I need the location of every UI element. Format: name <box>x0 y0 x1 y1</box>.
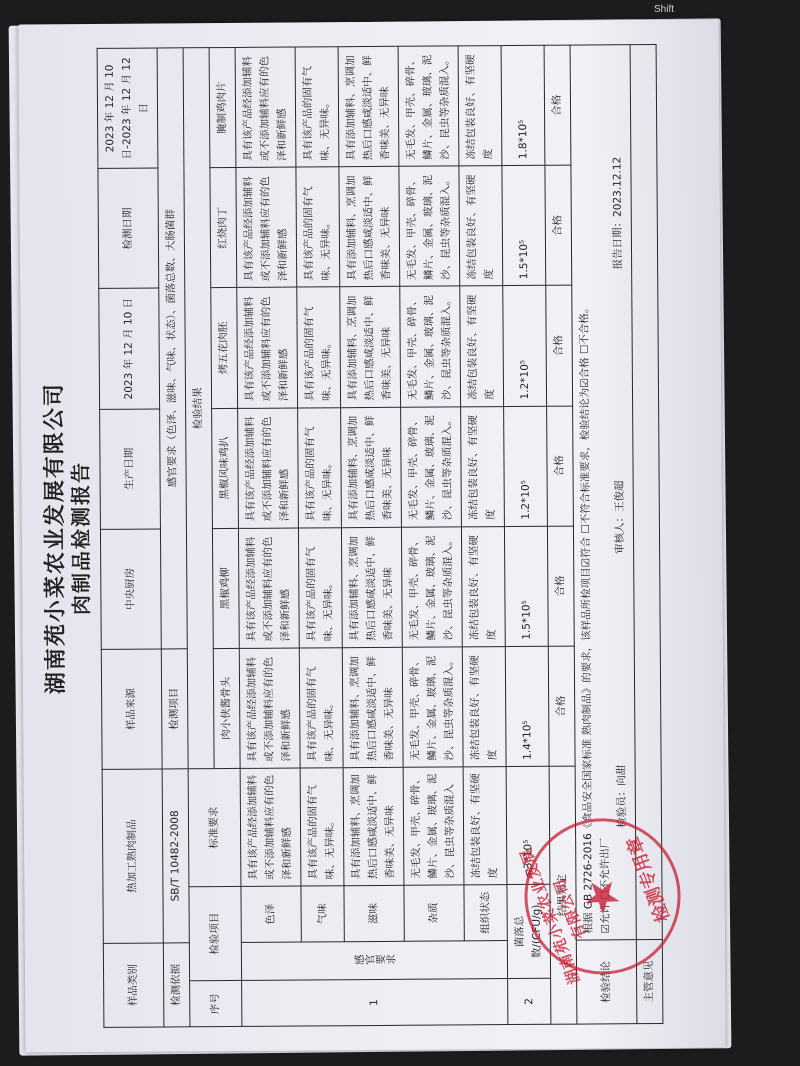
table-row: 杂质无毛发、甲壳、碎骨、鳞片、金属、玻璃、泥沙、昆虫等杂质混入无毛发、甲壳、碎骨… <box>398 46 465 1025</box>
judgement-cell: 合格 <box>547 526 574 646</box>
result-cell: 冻结包装良好、有坚硬度 <box>458 46 502 167</box>
result-cell: 具有添加辅料、烹调加热后口感咸淡适中、鲜香味美、无异味 <box>339 167 400 288</box>
result-cell: 1.4*10⁵ <box>505 646 549 766</box>
standard-requirement: 冻结包装良好、有坚硬度 <box>463 767 507 885</box>
result-cell: 1.5*10⁵ <box>502 166 546 286</box>
result-cell: 具有该产品的固有气味、无异味。 <box>297 287 341 407</box>
product-header: 黑椒风味鸡扒 <box>212 408 239 528</box>
result-cell: 冻结包装良好、有坚硬度 <box>461 526 505 646</box>
result-cell: 无毛发、甲壳、碎骨、鳞片、金属、玻璃、泥沙、昆虫等杂质混入。 <box>402 647 463 768</box>
result-cell: 1.2*10⁵ <box>504 406 548 526</box>
result-cell: 无毛发、甲壳、碎骨、鳞片、金属、玻璃、泥沙、昆虫等杂质混入。 <box>398 46 459 167</box>
result-cell: 具有添加辅料、烹调加热后口感咸淡适中、鲜香味美、无异味 <box>340 287 401 408</box>
judgement-cell: 合格 <box>546 285 573 405</box>
judgement-cell: 合格 <box>547 406 574 526</box>
keyboard-shift-label: Shift <box>654 4 674 15</box>
judgement-cell: 合格 <box>544 45 571 165</box>
result-cell: 具有该产品的固有气味、无异味。 <box>296 167 340 287</box>
test-date: 2023 年 12 月 10 日-2023 年 12 月 12 日 <box>97 48 158 169</box>
result-cell: 无毛发、甲壳、碎骨、鳞片、金属、玻璃、泥沙、昆虫等杂质混入。 <box>399 166 460 287</box>
product-header: 烤五花肉胚 <box>211 288 238 408</box>
report-title: 肉制品检测报告 <box>65 48 98 1028</box>
result-cell: 无毛发、甲壳、碎骨、鳞片、金属、玻璃、泥沙、昆虫等杂质混入。 <box>401 406 462 527</box>
result-cell: 具有添加辅料、烹调加热后口感咸淡适中、鲜香味美、无异味 <box>341 527 402 648</box>
result-cell: 具有该产品经添加辅料或不添加辅料应有的色泽和新鲜感 <box>238 528 299 649</box>
item-label: 气味 <box>301 886 344 942</box>
table-row: 滋味具有添加辅料、烹调加热后口感咸淡适中、鲜香味美、无异味具有添加辅料、烹调加热… <box>338 46 405 1025</box>
result-cell: 具有添加辅料、烹调加热后口感咸淡适中、鲜香味美、无异味 <box>338 46 399 167</box>
result-cell: 具有该产品经添加辅料或不添加辅料应有的色泽和新鲜感 <box>236 167 297 288</box>
production-date-label: 生产日期 <box>100 409 161 530</box>
result-cell: 具有添加辅料、烹调加热后口感咸淡适中、鲜香味美、无异味 <box>342 647 403 768</box>
item-label: 色泽 <box>241 886 301 942</box>
col-standard: 标准要求 <box>188 768 241 886</box>
result-cell: 具有该产品的固有气味、无异味。 <box>298 407 342 527</box>
judgement-cell: 合格 <box>545 165 572 285</box>
group-label: 感官要求 <box>241 941 507 981</box>
report-date: 报告日期：2023.12.12 <box>609 157 627 270</box>
result-cell: 具有该产品经添加辅料或不添加辅料应有的色泽和新鲜感 <box>238 408 299 529</box>
result-cell: 冻结包装良好、有坚硬度 <box>462 646 506 766</box>
product-header: 红烧肉丁 <box>210 168 237 288</box>
result-cell: 冻结包装良好、有坚硬度 <box>461 406 505 526</box>
result-cell: 1.8*10⁵ <box>501 45 545 166</box>
result-cell: 具有该产品经添加辅料或不添加辅料应有的色泽和新鲜感 <box>235 47 296 168</box>
test-date-label: 检测日期 <box>98 168 159 289</box>
result-cell: 具有该产品的固有气味、无异味。 <box>299 648 343 768</box>
report-paper: 湖南苑小菜农业发展有限公司 肉制品检测报告 样品类别 热加工熟肉制品 样品来源 … <box>18 20 725 1053</box>
result-cell: 具有该产品经添加辅料或不添加辅料应有的色泽和新鲜感 <box>239 648 300 769</box>
judgement-cell: 合格 <box>548 646 575 766</box>
sample-category: 热加工熟肉制品 <box>102 769 163 943</box>
table-row: 组织状态冻结包装良好、有坚硬度冻结包装良好、有坚硬度冻结包装良好、有坚硬度冻结包… <box>458 46 508 1025</box>
result-cell: 1.2*10⁵ <box>503 286 547 406</box>
product-header: 腌制鸡肉片 <box>209 47 236 167</box>
row-number: 1 <box>242 979 508 1027</box>
col-no: 序号 <box>190 980 242 1026</box>
result-cell: 具有添加辅料、烹调加热后口感咸淡适中、鲜香味美、无异味 <box>341 407 402 528</box>
result-cell: 具有该产品经添加辅料或不添加辅料应有的色泽和新鲜感 <box>237 287 298 408</box>
item-label: 滋味 <box>344 885 404 941</box>
item-label: 组织状态 <box>464 885 507 941</box>
result-cell: 无毛发、甲壳、碎骨、鳞片、金属、玻璃、泥沙、昆虫等杂质混入。 <box>401 527 462 648</box>
standard-requirement: 具有该产品的固有气味、无异味。 <box>300 768 344 886</box>
sample-source: 中央厨房 <box>100 529 161 650</box>
reviewer: 审核人：王俊超 <box>612 480 630 554</box>
sample-category-label: 样品类别 <box>103 943 164 1027</box>
result-cell: 1.5*10⁵ <box>504 526 548 646</box>
basis-label: 检测依据 <box>163 943 190 1027</box>
result-cell: 无毛发、甲壳、碎骨、鳞片、金属、玻璃、泥沙、昆虫等杂质混入。 <box>400 286 461 407</box>
item-label: 杂质 <box>404 885 464 941</box>
col-item: 检验项目 <box>189 886 242 980</box>
table-row: 气味具有该产品的固有气味、无异味。具有该产品的固有气味、无异味。具有该产品的固有… <box>295 47 345 1026</box>
result-cell: 冻结包装良好、有坚硬度 <box>460 286 504 406</box>
result-cell: 具有该产品的固有气味、无异味。 <box>298 527 342 647</box>
row-number: 2 <box>508 978 551 1024</box>
production-date: 2023 年 12 月 10 日 <box>99 288 160 409</box>
sample-source-label: 样品来源 <box>101 649 162 770</box>
report-document: 湖南苑小菜农业发展有限公司 肉制品检测报告 样品类别 热加工熟肉制品 样品来源 … <box>39 44 686 1028</box>
standard-requirement: 具有该产品经添加辅料或不添加辅料应有的色泽和新鲜感 <box>240 768 301 886</box>
conclusion-cell: 根据 GB 2726-2016《食品安全国家标准 熟肉制品》的要求，该样品所检项… <box>570 45 636 940</box>
product-header: 黑椒鸡柳 <box>212 528 239 648</box>
result-cell: 具有该产品的固有气味、无异味。 <box>295 47 339 168</box>
items-label: 检测项目 <box>161 649 188 769</box>
standard-requirement: 无毛发、甲壳、碎骨、鳞片、金属、玻璃、泥沙、昆虫等杂质混入 <box>403 767 464 885</box>
result-cell: 冻结包装良好、有坚硬度 <box>459 166 503 286</box>
product-header: 肉小侠酱骨头 <box>213 648 240 768</box>
standard-requirement: 具有添加辅料、烹调加热后口感咸淡适中、鲜香味美、无异味 <box>343 767 404 885</box>
basis: SB/T 10482-2008 <box>162 769 189 943</box>
table-row: 1感官要求色泽具有该产品经添加辅料或不添加辅料应有的色泽和新鲜感具有该产品经添加… <box>235 47 302 1026</box>
